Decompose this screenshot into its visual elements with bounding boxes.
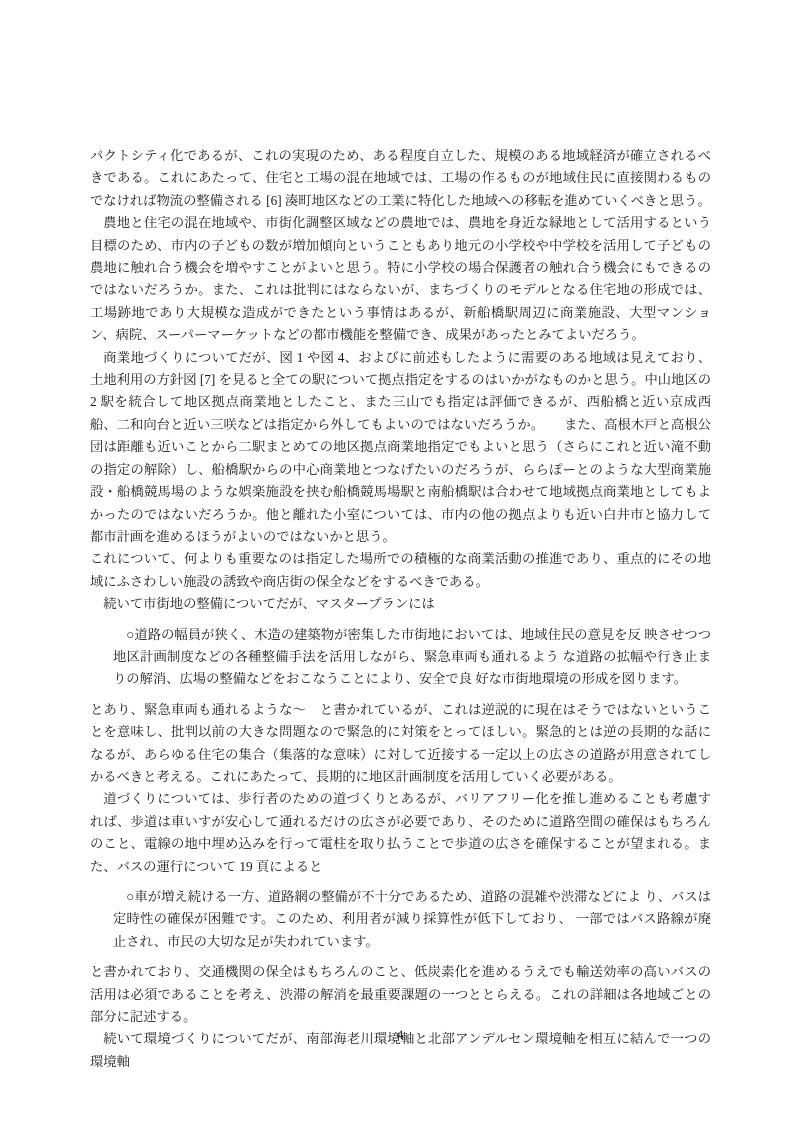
para-commercial-conclusion: これについて、何よりも重要なのは指定した場所での積極的な商業活動の推進であり、重… (90, 548, 711, 593)
page-number: 4 (0, 1026, 800, 1044)
para-bus-conclusion: と書かれており、交通機関の保全はもちろんのこと、低炭素化を進めるうえでも輸送効率… (90, 961, 711, 1028)
para-masterplan-intro: 続いて市街地の整備についてだが、マスタープランには (90, 593, 711, 615)
para-commercial-area: 商業地づくりについてだが、図 1 や図 4、およびに前述もしたように需要のある地… (90, 347, 711, 549)
quote-road-width: ○道路の幅員が狭く、木造の建築物が密集した市街地においては、地域住民の意見を反 … (113, 624, 711, 691)
para-emergency-vehicles: とあり、緊急車両も通れるような〜 と書かれているが、これは逆説的に現在はそうでは… (90, 699, 711, 789)
para-compact-city: パクトシティ化であるが、これの実現のため、ある程度自立した、規模のある地域経済が… (90, 145, 711, 212)
para-road-making: 道づくりについては、歩行者のための道づくりとあるが、バリアフリー化を推し進めるこ… (90, 788, 711, 878)
document-body: パクトシティ化であるが、これの実現のため、ある程度自立した、規模のある地域経済が… (90, 145, 711, 1073)
document-page: パクトシティ化であるが、これの実現のため、ある程度自立した、規模のある地域経済が… (0, 0, 800, 1131)
quote-bus-service: ○車が増え続ける一方、道路網の整備が不十分であるため、道路の混雑や渋滞などによ … (113, 886, 711, 953)
para-farmland-mixed-area: 農地と住宅の混在地域や、市街化調整区域などの農地では、農地を身近な緑地として活用… (90, 212, 711, 346)
